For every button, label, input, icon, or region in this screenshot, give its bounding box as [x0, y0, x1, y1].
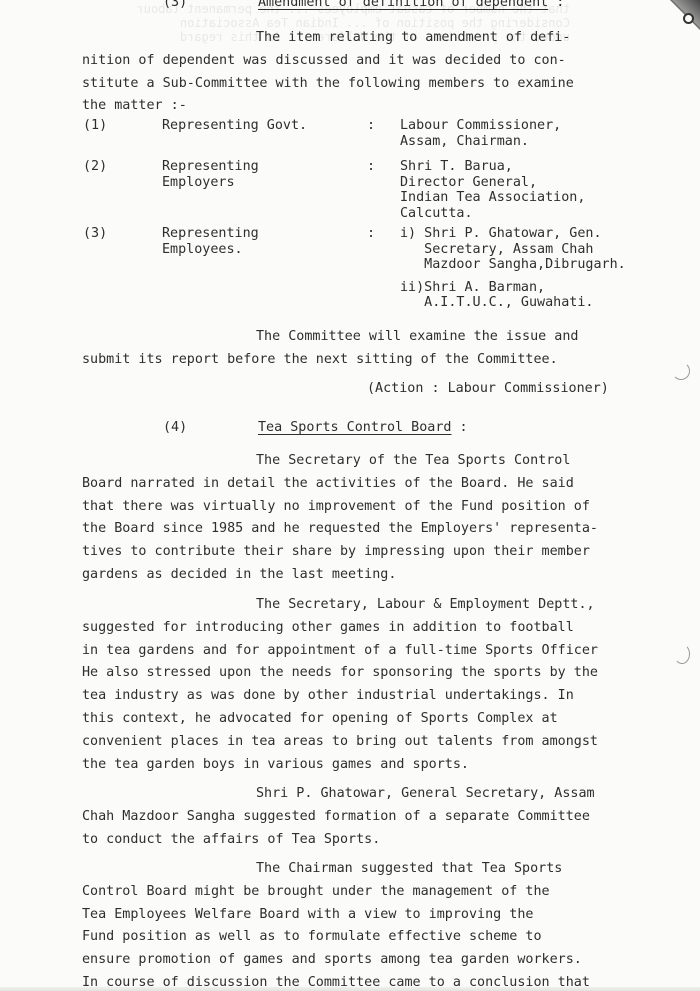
paragraph-line: The Chairman suggested that Tea Sports — [82, 858, 642, 881]
paragraph-line: Fund position as well as to formulate ef… — [82, 926, 642, 949]
paragraph-line: Chah Mazdoor Sangha suggested formation … — [82, 806, 642, 829]
paragraph-line: The item relating to amendment of defi- — [82, 27, 642, 50]
detail-line: Indian Tea Association, — [400, 190, 585, 206]
detail-line: Assam, Chairman. — [400, 134, 561, 150]
detail-line: Shri T. Barua, — [400, 159, 585, 175]
paragraph-line: Control Board might be brought under the… — [82, 881, 642, 904]
paragraph-line: convenient places in tea areas to bring … — [82, 731, 642, 754]
item3-number: (3) — [163, 0, 187, 10]
item3-heading: Amendment of definition of dependent : — [258, 0, 564, 10]
label-line: Representing — [162, 159, 259, 175]
detail-line: Calcutta. — [400, 206, 585, 222]
paragraph-line: in tea gardens and for appointment of a … — [82, 640, 642, 663]
paragraph-line: that there was virtually no improvement … — [82, 496, 642, 519]
scan-artifact-mark — [674, 644, 690, 664]
item4-title-suffix: : — [451, 420, 467, 435]
member-colon: : — [367, 118, 375, 133]
member-label: Representing Employees. — [162, 226, 259, 257]
scan-artifact-mark — [672, 362, 690, 380]
paragraph-line: stitute a Sub-Committee with the followi… — [82, 73, 642, 96]
item3-title: Amendment of definition of dependent — [258, 0, 548, 10]
item3-title-suffix: : — [548, 0, 564, 10]
member-number: (1) — [83, 118, 107, 133]
paragraph-line: this context, he advocated for opening o… — [82, 708, 642, 731]
paragraph-line: the Board since 1985 and he requested th… — [82, 518, 642, 541]
label-line: Employers — [162, 175, 259, 191]
member-number: (3) — [83, 226, 107, 241]
paragraph-line: the matter :- — [82, 95, 642, 118]
paragraph-line: gardens as decided in the last meeting. — [82, 564, 642, 587]
label-line: Representing — [162, 226, 259, 242]
paragraph-line: submit its report before the next sittin… — [82, 349, 642, 372]
member-detail: Labour Commissioner, Assam, Chairman. — [400, 118, 561, 149]
paragraph-line: Shri P. Ghatowar, General Secretary, Ass… — [82, 783, 642, 806]
punch-hole-icon — [683, 13, 694, 24]
paragraph-line: Board narrated in detail the activities … — [82, 473, 642, 496]
paragraph-line: tives to contribute their share by impre… — [82, 541, 642, 564]
member-detail: i) Shri P. Ghatowar, Gen. Secretary, Ass… — [400, 226, 626, 311]
detail-line: Mazdoor Sangha,Dibrugarh. — [400, 257, 626, 273]
paragraph-line: Tea Employees Welfare Board with a view … — [82, 904, 642, 927]
item4-paragraph-2: The Secretary, Labour & Employment Deptt… — [82, 594, 642, 776]
item4-title: Tea Sports Control Board — [258, 420, 451, 435]
page-bottom-edge — [0, 987, 700, 991]
member-colon: : — [367, 159, 375, 174]
member-detail: Shri T. Barua, Director General, Indian … — [400, 159, 585, 221]
item3-closing-paragraph: The Committee will examine the issue and… — [82, 326, 642, 372]
detail-line: Labour Commissioner, — [400, 118, 561, 134]
member-colon: : — [367, 226, 375, 241]
paragraph-line: The Secretary, Labour & Employment Deptt… — [82, 594, 642, 617]
label-line: Employees. — [162, 242, 259, 258]
paragraph-line: suggested for introducing other games in… — [82, 617, 642, 640]
paragraph-line: the tea garden boys in various games and… — [82, 754, 642, 777]
paragraph-line: He also stressed upon the needs for spon… — [82, 662, 642, 685]
detail-line: A.I.T.U.C., Guwahati. — [400, 295, 626, 311]
item4-paragraph-1: The Secretary of the Tea Sports Control … — [82, 450, 642, 587]
action-note: (Action : Labour Commissioner) — [367, 381, 609, 396]
paragraph-line: The Committee will examine the issue and — [82, 326, 642, 349]
member-label: Representing Govt. — [162, 118, 307, 134]
item4-number: (4) — [163, 420, 187, 435]
paragraph-line: tea industry as was done by other indust… — [82, 685, 642, 708]
item3-intro-paragraph: The item relating to amendment of defi- … — [82, 27, 642, 118]
item4-paragraph-3: Shri P. Ghatowar, General Secretary, Ass… — [82, 783, 642, 851]
detail-line: Secretary, Assam Chah — [400, 242, 626, 258]
detail-line: ii)Shri A. Barman, — [400, 280, 626, 296]
detail-line: i) Shri P. Ghatowar, Gen. — [400, 226, 626, 242]
paragraph-line: The Secretary of the Tea Sports Control — [82, 450, 642, 473]
item4-heading: Tea Sports Control Board : — [258, 420, 468, 435]
paragraph-line: to conduct the affairs of Tea Sports. — [82, 829, 642, 852]
document-page: that the number of casual employees ... … — [0, 0, 700, 991]
paragraph-line: ensure promotion of games and sports amo… — [82, 949, 642, 972]
detail-line: Director General, — [400, 175, 585, 191]
paragraph-line: nition of dependent was discussed and it… — [82, 50, 642, 73]
member-number: (2) — [83, 159, 107, 174]
member-label: Representing Employers — [162, 159, 259, 190]
item4-paragraph-4: The Chairman suggested that Tea Sports C… — [82, 858, 642, 991]
